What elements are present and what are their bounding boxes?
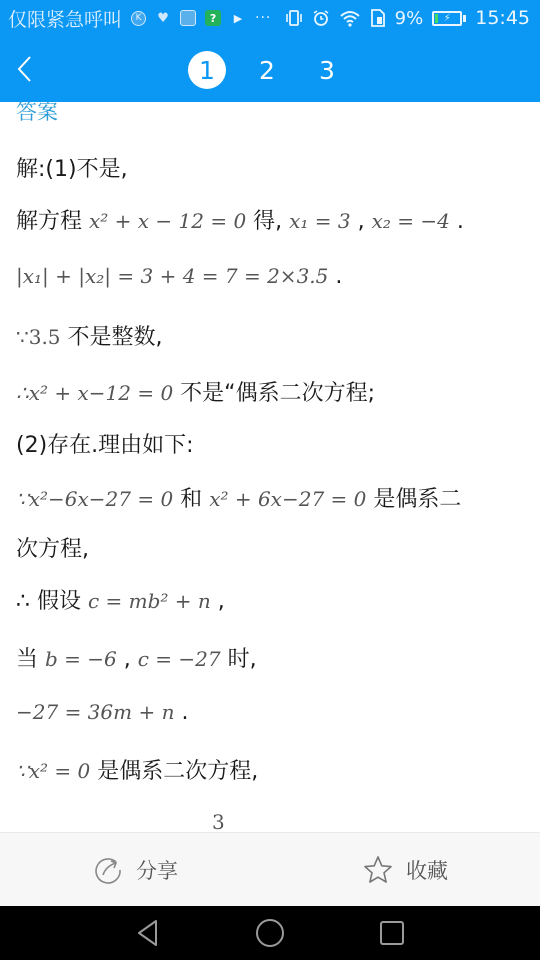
- line-text: 不是整数,: [61, 325, 163, 350]
- line-text: (2)存在.理由如下:: [16, 433, 194, 458]
- question-tabs: 1 2 3: [188, 51, 346, 89]
- favorite-button[interactable]: 收藏: [270, 833, 540, 906]
- image-icon: [180, 10, 196, 26]
- question-app-icon: ?: [205, 10, 221, 26]
- math-expression: 3: [212, 810, 225, 832]
- line-text: ,: [117, 647, 138, 672]
- back-button[interactable]: [12, 53, 40, 85]
- line-text: 当: [16, 647, 45, 672]
- answer-section-label: 答案: [16, 102, 58, 126]
- math-expression: b = −6: [45, 647, 117, 671]
- answer-line: −27 = 36m + n .: [16, 700, 188, 725]
- chevron-left-icon: [12, 53, 40, 85]
- math-expression: x² + 6x−27 = 0: [209, 487, 366, 511]
- line-text: .: [450, 209, 464, 234]
- status-right: 9% ⚡ 15:45: [285, 7, 530, 29]
- tab-question-3[interactable]: 3: [308, 51, 346, 89]
- line-text: .: [328, 264, 342, 289]
- bottom-action-bar: 分享 收藏: [0, 832, 540, 906]
- math-expression: x² + x − 12 = 0: [89, 209, 246, 233]
- line-text: 得,: [246, 209, 289, 234]
- math-expression: ∵x² = 0: [16, 759, 90, 783]
- sim-icon: [370, 9, 386, 27]
- share-button[interactable]: 分享: [0, 833, 270, 906]
- math-expression: |x₁| + |x₂| = 3 + 4 = 7 = 2×3.5: [16, 264, 328, 288]
- more-dots-icon: ···: [255, 10, 271, 26]
- emergency-only-text: 仅限紧急呼叫: [8, 5, 122, 32]
- status-bar: 仅限紧急呼叫 K ♥ ? ▶ ··· 9% ⚡ 15:45: [0, 0, 540, 36]
- line-text: ,: [211, 589, 225, 614]
- line-text: 和: [173, 487, 209, 512]
- math-expression: c = −27: [138, 647, 221, 671]
- clock: 15:45: [475, 7, 530, 29]
- answer-line-partial: 3: [212, 810, 225, 832]
- math-expression: ∵3.5: [16, 325, 61, 349]
- answer-line: 当 b = −6 , c = −27 时,: [16, 642, 257, 673]
- star-icon: [362, 854, 394, 886]
- system-home-icon[interactable]: [255, 918, 285, 948]
- line-text: ,: [351, 209, 372, 234]
- share-label: 分享: [136, 855, 178, 885]
- vibrate-icon: [285, 9, 303, 27]
- battery-percent: 9%: [395, 8, 424, 29]
- math-expression: ∴x² + x−12 = 0: [16, 381, 173, 405]
- answer-line: (2)存在.理由如下:: [16, 428, 194, 459]
- tab-question-2[interactable]: 2: [248, 51, 286, 89]
- line-text: 是偶系二次方程,: [90, 759, 258, 784]
- line-text: 不是“偶系二次方程;: [173, 381, 375, 406]
- tab-question-1[interactable]: 1: [188, 51, 226, 89]
- favorite-label: 收藏: [406, 855, 448, 885]
- line-text: .: [174, 700, 188, 725]
- line-text: 是偶系二: [366, 487, 461, 512]
- answer-line: ∴ 假设 c = mb² + n ,: [16, 584, 225, 615]
- answer-line: 解:(1)不是,: [16, 152, 128, 183]
- system-nav-bar: [0, 906, 540, 960]
- play-icon: ▶: [230, 10, 246, 26]
- answer-line: ∴x² + x−12 = 0 不是“偶系二次方程;: [16, 376, 375, 407]
- share-icon: [92, 854, 124, 886]
- system-recents-icon[interactable]: [377, 918, 407, 948]
- top-nav-bar: 1 2 3: [0, 36, 540, 102]
- math-expression: x₂ = −4: [372, 209, 450, 233]
- answer-content[interactable]: 答案 解:(1)不是, 解方程 x² + x − 12 = 0 得, x₁ = …: [0, 102, 540, 832]
- heart-icon: ♥: [155, 10, 171, 26]
- answer-line: ∵3.5 不是整数,: [16, 320, 163, 351]
- answer-line: ∵x²−6x−27 = 0 和 x² + 6x−27 = 0 是偶系二: [16, 482, 461, 513]
- answer-line: ∵x² = 0 是偶系二次方程,: [16, 754, 258, 785]
- math-expression: x₁ = 3: [289, 209, 351, 233]
- line-text: 时,: [221, 647, 257, 672]
- math-expression: −27 = 36m + n: [16, 700, 174, 724]
- math-expression: ∵x²−6x−27 = 0: [16, 487, 173, 511]
- system-back-icon[interactable]: [133, 918, 163, 948]
- answer-line: |x₁| + |x₂| = 3 + 4 = 7 = 2×3.5 .: [16, 264, 342, 289]
- wifi-icon: [339, 9, 361, 27]
- line-text: 解方程: [16, 209, 89, 234]
- alarm-icon: [312, 9, 330, 27]
- line-text: 解:(1)不是,: [16, 157, 128, 182]
- answer-line: 解方程 x² + x − 12 = 0 得, x₁ = 3 , x₂ = −4 …: [16, 204, 464, 235]
- line-text: ∴ 假设: [16, 589, 88, 614]
- math-expression: c = mb² + n: [88, 589, 211, 613]
- answer-line: 次方程,: [16, 532, 89, 563]
- battery-icon: ⚡: [432, 11, 466, 26]
- status-left: 仅限紧急呼叫 K ♥ ? ▶ ···: [8, 5, 271, 32]
- k-icon: K: [131, 11, 146, 26]
- line-text: 次方程,: [16, 537, 89, 562]
